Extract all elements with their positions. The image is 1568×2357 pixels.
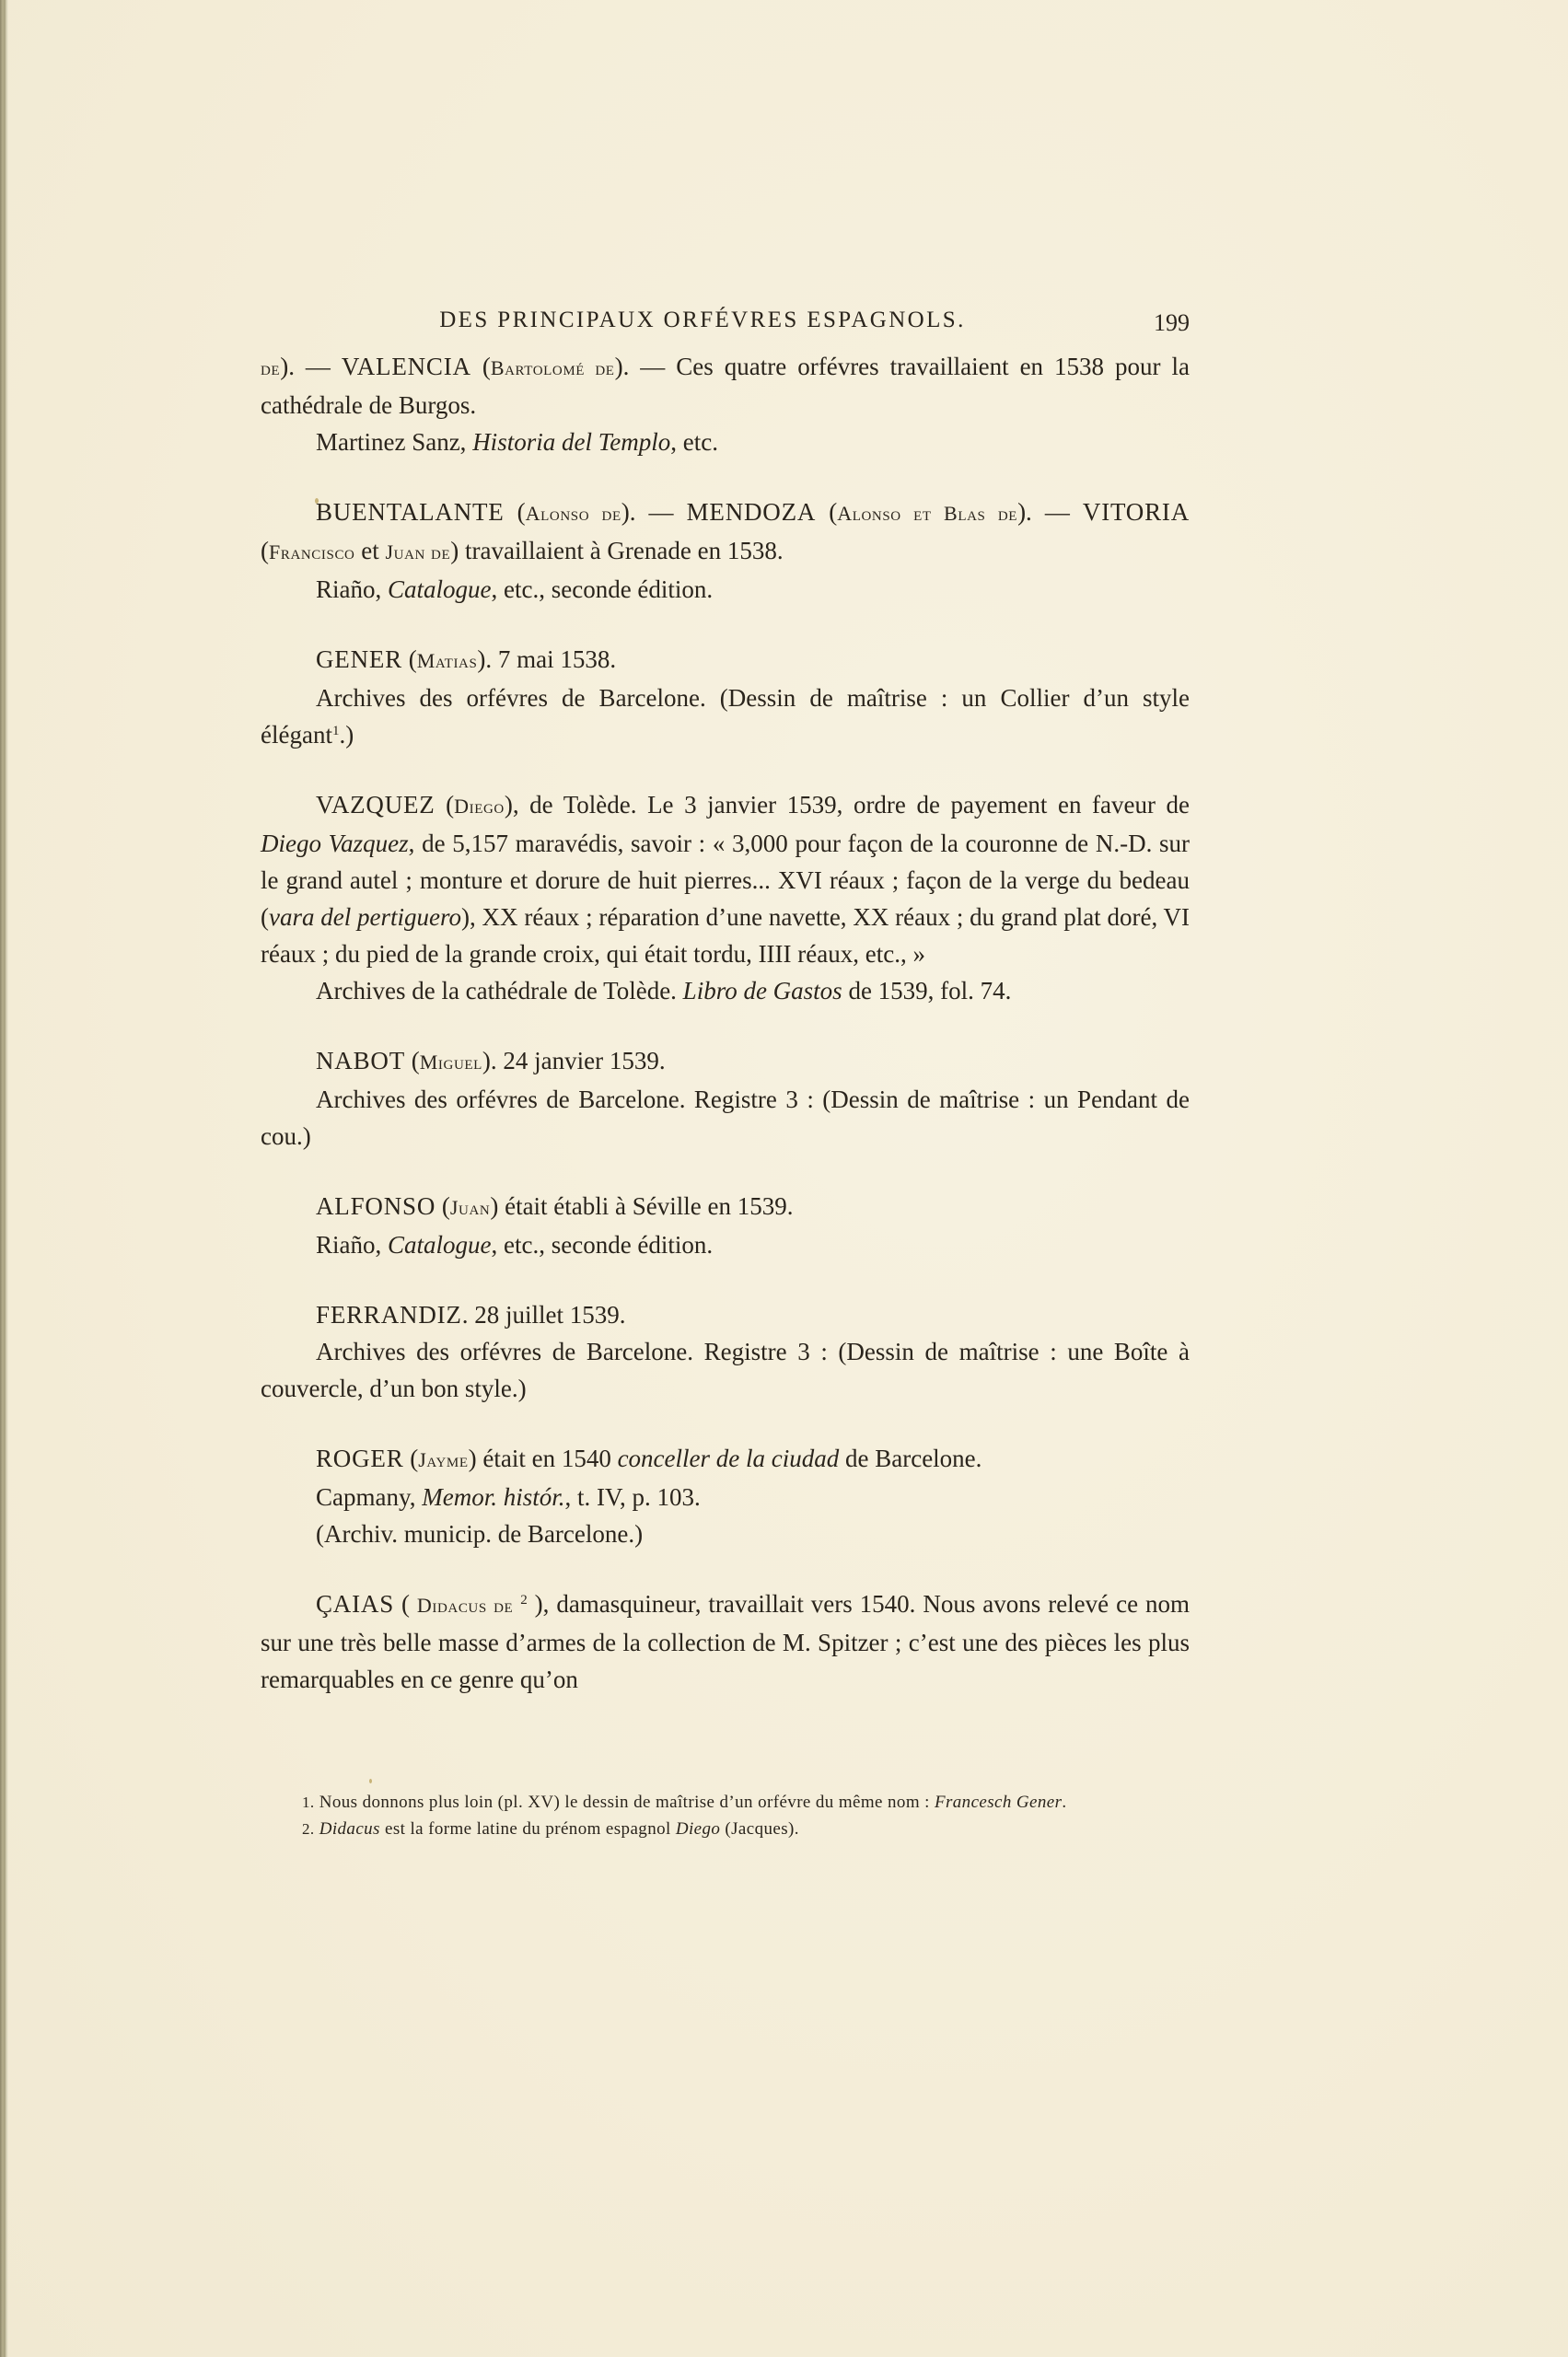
- text-run: (Archiv. municip. de Barcelone.): [316, 1520, 643, 1548]
- text-run: (: [471, 353, 491, 380]
- small-caps-text: Bartolomé de: [491, 356, 615, 379]
- text-run: Archives des orfévres de Barcelone. (Des…: [261, 684, 1190, 749]
- footnote: 2. Didacus est la forme latine du prénom…: [261, 1816, 1190, 1842]
- text-run: de 1539, fol. 74.: [842, 977, 1012, 1004]
- entry-paragraph: ALFONSO (Juan) était établi à Séville en…: [261, 1188, 1190, 1226]
- text-run: Capmany,: [316, 1483, 422, 1511]
- goldsmith-name: FERRANDIZ: [316, 1301, 462, 1329]
- text-run: (: [404, 1445, 419, 1472]
- text-run: Archives des orfévres de Barcelone. Regi…: [261, 1338, 1190, 1402]
- source-citation: (Archiv. municip. de Barcelone.): [261, 1515, 1190, 1552]
- text-column: DES PRINCIPAUX ORFÉVRES ESPAGNOLS. 199 d…: [261, 308, 1190, 1698]
- text-run: ). —: [621, 498, 687, 526]
- entry-paragraph: GENER (Matias). 7 mai 1538.: [261, 641, 1190, 679]
- text-run: , etc., seconde édition.: [492, 575, 714, 603]
- goldsmith-name: MENDOZA: [687, 498, 817, 526]
- goldsmith-name: BUENTALANTE: [316, 498, 505, 526]
- goldsmith-name: NABOT: [316, 1047, 405, 1074]
- footnote: 1. Nous donnons plus loin (pl. XV) le de…: [261, 1789, 1190, 1816]
- text-run: . 28 juillet 1539.: [462, 1301, 626, 1329]
- italic-text: Francesch Gener: [935, 1793, 1062, 1812]
- entry-roger: ROGER (Jayme) était en 1540 conceller de…: [261, 1440, 1190, 1552]
- small-caps-text: Didacus de: [417, 1594, 513, 1617]
- entry-paragraph: de). — VALENCIA (Bartolomé de). — Ces qu…: [261, 348, 1190, 424]
- text-run: (: [505, 498, 526, 526]
- entry-vazquez: VAZQUEZ (Diego), de Tolède. Le 3 janvier…: [261, 786, 1190, 1009]
- goldsmith-name: ÇAIAS: [316, 1590, 394, 1618]
- entry-valencia: de). — VALENCIA (Bartolomé de). — Ces qu…: [261, 348, 1190, 460]
- source-citation: Archives des orfévres de Barcelone. Regi…: [261, 1333, 1190, 1407]
- text-run: .: [1062, 1793, 1066, 1812]
- small-caps-text: Matias: [417, 649, 478, 672]
- running-head-title: DES PRINCIPAUX ORFÉVRES ESPAGNOLS.: [261, 308, 1144, 333]
- text-run: (: [405, 1047, 420, 1074]
- italic-text: Diego: [676, 1819, 720, 1839]
- small-caps-text: Juan: [450, 1196, 490, 1219]
- italic-text: Catalogue: [388, 575, 492, 603]
- text-run: Riaño,: [316, 575, 388, 603]
- text-run: est la forme latine du prénom espagnol: [380, 1819, 676, 1839]
- italic-text: conceller de la ciudad: [618, 1445, 840, 1472]
- text-run: , etc., seconde édition.: [492, 1231, 714, 1259]
- book-binding-edge: [0, 0, 8, 2357]
- small-caps-text: Miguel: [420, 1051, 482, 1074]
- source-citation: Capmany, Memor. histór., t. IV, p. 103.: [261, 1479, 1190, 1515]
- text-run: Archives des orfévres de Barcelone. Regi…: [261, 1086, 1190, 1150]
- scan-speck: [315, 498, 319, 504]
- small-caps-text: Juan de: [386, 540, 451, 563]
- entry-paragraph: BUENTALANTE (Alonso de). — MENDOZA (Alon…: [261, 493, 1190, 571]
- page-number: 199: [1154, 309, 1190, 337]
- footnote-ref: 2: [520, 1593, 528, 1608]
- italic-text: Didacus: [319, 1819, 380, 1839]
- italic-text: Historia del Templo: [472, 428, 670, 456]
- small-caps-text: Jayme: [418, 1448, 468, 1471]
- entry-buentalante: BUENTALANTE (Alonso de). — MENDOZA (Alon…: [261, 493, 1190, 608]
- source-citation: Riaño, Catalogue, etc., seconde édition.: [261, 1226, 1190, 1263]
- text-run: ). —: [280, 353, 342, 380]
- italic-text: vara del pertiguero: [269, 903, 461, 931]
- text-run: ). 7 mai 1538.: [477, 645, 616, 673]
- entry-paragraph: VAZQUEZ (Diego), de Tolède. Le 3 janvier…: [261, 786, 1190, 972]
- entry-paragraph: NABOT (Miguel). 24 janvier 1539.: [261, 1042, 1190, 1081]
- text-run: ) était établi à Séville en 1539.: [490, 1192, 793, 1220]
- text-run: .): [339, 721, 354, 749]
- entry-paragraph: ÇAIAS ( Didacus de 2 ), damasquineur, tr…: [261, 1585, 1190, 1698]
- text-run: Archives de la cathédrale de Tolède.: [316, 977, 683, 1004]
- italic-text: Memor. histór.: [422, 1483, 564, 1511]
- text-run: (: [394, 1590, 417, 1618]
- italic-text: Diego Vazquez: [261, 830, 409, 857]
- text-run: ). 24 janvier 1539.: [482, 1047, 666, 1074]
- source-citation: Archives des orfévres de Barcelone. (Des…: [261, 679, 1190, 753]
- body-text: de). — VALENCIA (Bartolomé de). — Ces qu…: [261, 348, 1190, 1698]
- footnote-number: 2.: [302, 1820, 315, 1838]
- small-caps-text: Alonso de: [526, 502, 621, 525]
- entry-caias: ÇAIAS ( Didacus de 2 ), damasquineur, tr…: [261, 1585, 1190, 1698]
- text-run: et: [355, 537, 386, 564]
- source-citation: Riaño, Catalogue, etc., seconde édition.: [261, 571, 1190, 608]
- text-run: (: [816, 498, 837, 526]
- text-run: Nous donnons plus loin (pl. XV) le dessi…: [315, 1793, 935, 1812]
- text-run: Martinez Sanz,: [316, 428, 472, 456]
- text-run: , etc.: [670, 428, 718, 456]
- source-citation: Archives des orfévres de Barcelone. Regi…: [261, 1081, 1190, 1155]
- small-caps-text: Francisco: [269, 540, 355, 563]
- text-run: , t. IV, p. 103.: [565, 1483, 701, 1511]
- entry-alfonso: ALFONSO (Juan) était établi à Séville en…: [261, 1188, 1190, 1263]
- scan-speck: [369, 1779, 372, 1783]
- goldsmith-name: VITORIA: [1083, 498, 1190, 526]
- entry-nabot: NABOT (Miguel). 24 janvier 1539.Archives…: [261, 1042, 1190, 1155]
- entry-ferrandiz: FERRANDIZ. 28 juillet 1539.Archives des …: [261, 1296, 1190, 1407]
- text-run: (: [261, 537, 269, 564]
- goldsmith-name: GENER: [316, 645, 402, 673]
- small-caps-text: Diego: [454, 795, 505, 818]
- text-run: (: [436, 1192, 450, 1220]
- entry-gener: GENER (Matias). 7 mai 1538.Archives des …: [261, 641, 1190, 753]
- entry-paragraph: ROGER (Jayme) était en 1540 conceller de…: [261, 1440, 1190, 1479]
- text-run: de Barcelone.: [839, 1445, 981, 1472]
- goldsmith-name: ROGER: [316, 1445, 404, 1472]
- goldsmith-name: ALFONSO: [316, 1192, 436, 1220]
- goldsmith-name: VAZQUEZ: [316, 791, 436, 819]
- text-run: ). —: [1017, 498, 1083, 526]
- source-citation: Martinez Sanz, Historia del Templo, etc.: [261, 424, 1190, 460]
- small-caps-text: de: [261, 356, 280, 379]
- small-caps-text: Alonso et Blas de: [837, 502, 1017, 525]
- footnote-number: 1.: [302, 1794, 315, 1811]
- italic-text: Libro de Gastos: [683, 977, 842, 1004]
- text-run: Riaño,: [316, 1231, 388, 1259]
- goldsmith-name: VALENCIA: [342, 353, 471, 380]
- running-head: DES PRINCIPAUX ORFÉVRES ESPAGNOLS. 199: [261, 308, 1190, 348]
- text-run: ) était en 1540: [469, 1445, 618, 1472]
- source-citation: Archives de la cathédrale de Tolède. Lib…: [261, 972, 1190, 1009]
- text-run: (: [402, 645, 417, 673]
- text-run: (Jacques).: [720, 1819, 799, 1839]
- italic-text: Catalogue: [388, 1231, 492, 1259]
- text-run: (: [436, 791, 455, 819]
- entry-paragraph: FERRANDIZ. 28 juillet 1539.: [261, 1296, 1190, 1333]
- text-run: ), de Tolède. Le 3 janvier 1539, ordre d…: [505, 791, 1190, 819]
- text-run: ) travaillaient à Grenade en 1538.: [450, 537, 783, 564]
- footnotes: 1. Nous donnons plus loin (pl. XV) le de…: [261, 1789, 1190, 1842]
